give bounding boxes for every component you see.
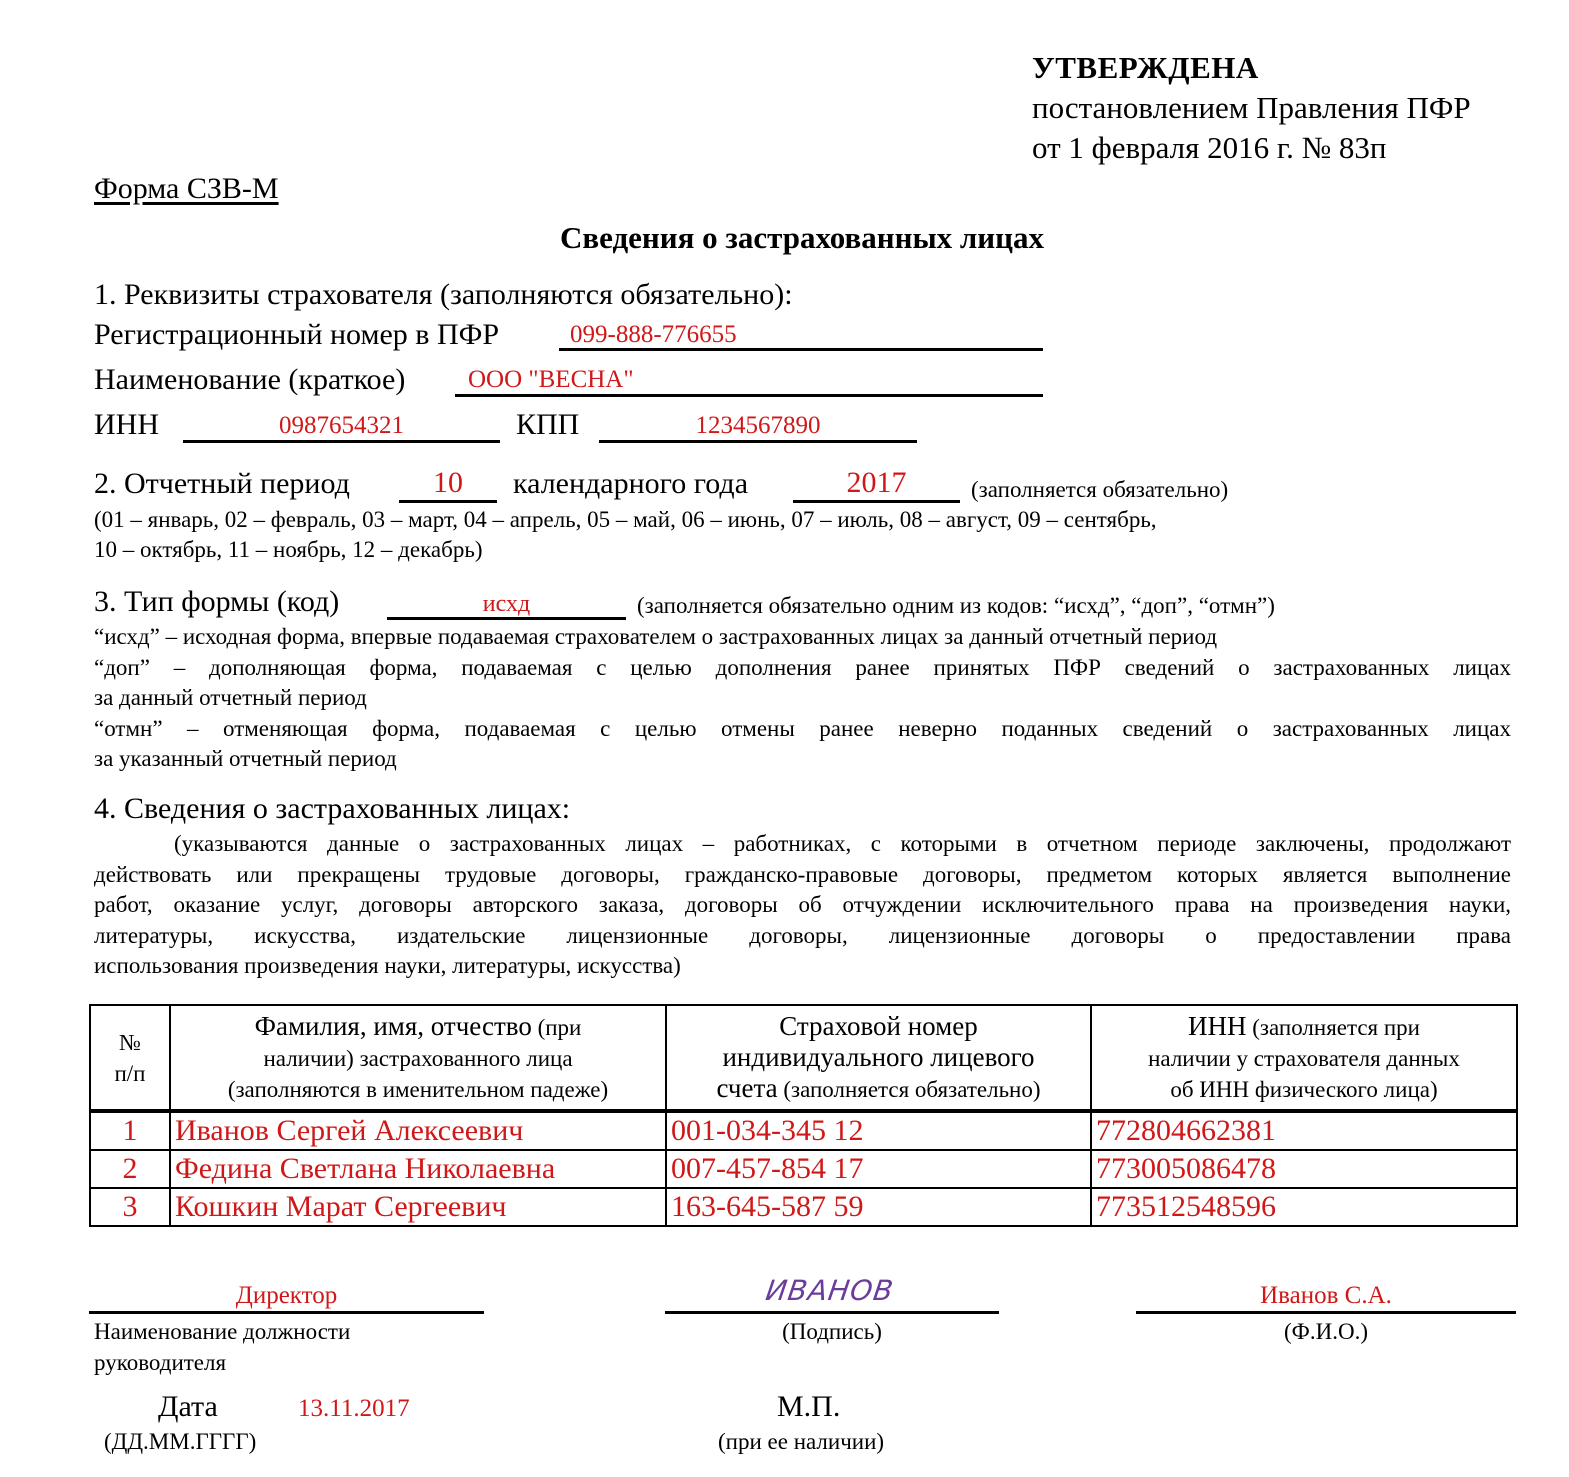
form-type-label: 3. Тип формы (код) [94,585,339,619]
months-legend-line-1: (01 – январь, 02 – февраль, 03 – март, 0… [94,507,1157,533]
section4-desc-line: литературы, искусства, издательские лице… [94,921,1511,952]
header-text: об ИНН физического лица) [1096,1074,1512,1105]
stamp-label: М.П. [777,1390,840,1424]
form-type-description: “исхд” – исходная форма, впервые подавае… [94,622,1511,775]
approval-line-1: постановлением Правления ПФР [1032,88,1471,128]
header-text: индивидуального лицевого [671,1042,1086,1073]
reg-number-label: Регистрационный номер в ПФР [94,318,499,352]
document-title: Сведения о застрахованных лицах [0,220,1569,256]
position-field[interactable]: Директор [89,1282,484,1310]
year-field[interactable]: 2017 [793,466,960,500]
org-name-underline [455,394,1043,397]
kpp-label: КПП [516,408,579,442]
date-field[interactable]: 13.11.2017 [298,1395,410,1423]
header-text: п/п [95,1058,165,1089]
table-row: 3 Кошкин Марат Сергеевич 163-645-587 59 … [90,1188,1517,1226]
section4-desc-line: (указываются данные о застрахованных лиц… [94,829,1511,860]
header-text: (заполняются в именительном падеже) [175,1074,661,1105]
form-type-desc-line: за данный отчетный период [94,683,1511,714]
column-header-fio: Фамилия, имя, отчество (при наличии) зас… [170,1005,666,1111]
table-row: 1 Иванов Сергей Алексеевич 001-034-345 1… [90,1111,1517,1150]
table-row: 2 Федина Светлана Николаевна 007-457-854… [90,1150,1517,1188]
column-header-number: № п/п [90,1005,170,1111]
header-text: (заполняется при [1247,1015,1420,1040]
period-note: (заполняется обязательно) [971,477,1228,503]
row-inn[interactable]: 773005086478 [1091,1150,1517,1188]
form-type-note: (заполняется обязательно одним из кодов:… [637,593,1275,619]
row-number[interactable]: 1 [90,1111,170,1150]
director-fio-label: (Ф.И.О.) [1136,1316,1516,1347]
signature-label: (Подпись) [665,1316,999,1347]
position-label-line: Наименование должности [94,1316,350,1347]
period-underline [399,500,497,503]
row-snils[interactable]: 007-457-854 17 [666,1150,1091,1188]
inn-field[interactable]: 0987654321 [183,412,500,440]
months-legend-line-2: 10 – октябрь, 11 – ноябрь, 12 – декабрь) [94,537,482,563]
table-header-row: № п/п Фамилия, имя, отчество (при наличи… [90,1005,1517,1111]
column-header-snils: Страховой номер индивидуального лицевого… [666,1005,1091,1111]
row-number[interactable]: 3 [90,1188,170,1226]
form-type-field[interactable]: исхд [387,591,626,618]
reporting-period-label: 2. Отчетный период [94,467,350,501]
form-type-desc-line: за указанный отчетный период [94,744,1511,775]
year-underline [793,500,960,503]
header-text: наличии) застрахованного лица [175,1043,661,1074]
approval-block: УТВЕРЖДЕНА постановлением Правления ПФР … [1032,48,1471,168]
year-label: календарного года [513,467,748,501]
director-fio-field[interactable]: Иванов С.А. [1136,1282,1516,1310]
period-field[interactable]: 10 [399,466,497,500]
form-type-desc-line: “исхд” – исходная форма, впервые подавае… [94,622,1511,653]
header-text: (при [532,1015,582,1040]
section4-heading: 4. Сведения о застрахованных лицах: [94,792,570,826]
header-text: № [95,1027,165,1058]
form-type-desc-line: “доп” – дополняющая форма, подаваемая с … [94,653,1511,684]
inn-underline [183,440,500,443]
director-fio-underline [1136,1311,1516,1314]
header-text: ИНН [1188,1011,1247,1041]
date-label: Дата [158,1390,218,1424]
signature-underline [665,1311,999,1314]
stamp-note: (при ее наличии) [718,1429,884,1455]
header-text: счета [716,1073,777,1103]
kpp-field[interactable]: 1234567890 [599,412,917,440]
section4-description: (указываются данные о застрахованных лиц… [94,829,1511,982]
row-fio[interactable]: Кошкин Марат Сергеевич [170,1188,666,1226]
position-underline [89,1311,484,1314]
approval-line-2: от 1 февраля 2016 г. № 83п [1032,128,1471,168]
section4-desc-line: действовать или прекращены трудовые дого… [94,860,1511,891]
org-name-field[interactable]: ООО "ВЕСНА" [468,366,634,394]
row-inn[interactable]: 772804662381 [1091,1111,1517,1150]
column-header-inn: ИНН (заполняется при наличии у страховат… [1091,1005,1517,1111]
date-format-hint: (ДД.ММ.ГГГГ) [104,1429,256,1455]
row-snils[interactable]: 163-645-587 59 [666,1188,1091,1226]
position-label-line: руководителя [94,1347,350,1378]
signature-field[interactable]: ИВАНОВ [764,1274,896,1307]
org-name-label: Наименование (краткое) [94,363,405,397]
header-text: (заполняется обязательно) [778,1077,1041,1102]
form-name: Форма СЗВ-М [94,172,279,206]
row-fio[interactable]: Федина Светлана Николаевна [170,1150,666,1188]
reg-number-field[interactable]: 099-888-776655 [570,321,737,349]
header-text: наличии у страхователя данных [1096,1043,1512,1074]
position-label: Наименование должности руководителя [94,1316,350,1378]
inn-label: ИНН [94,408,159,442]
form-type-desc-line: “отмн” – отменяющая форма, подаваемая с … [94,714,1511,745]
section4-desc-line: работ, оказание услуг, договоры авторско… [94,890,1511,921]
section1-heading: 1. Реквизиты страхователя (заполняются о… [94,278,793,312]
section4-desc-line: использования произведения науки, литера… [94,951,1511,982]
header-text: Страховой номер [671,1011,1086,1042]
row-fio[interactable]: Иванов Сергей Алексеевич [170,1111,666,1150]
kpp-underline [599,440,917,443]
row-number[interactable]: 2 [90,1150,170,1188]
row-inn[interactable]: 773512548596 [1091,1188,1517,1226]
row-snils[interactable]: 001-034-345 12 [666,1111,1091,1150]
insured-persons-table: № п/п Фамилия, имя, отчество (при наличи… [89,1004,1518,1227]
header-text: Фамилия, имя, отчество [255,1011,532,1041]
approval-title: УТВЕРЖДЕНА [1032,48,1471,88]
